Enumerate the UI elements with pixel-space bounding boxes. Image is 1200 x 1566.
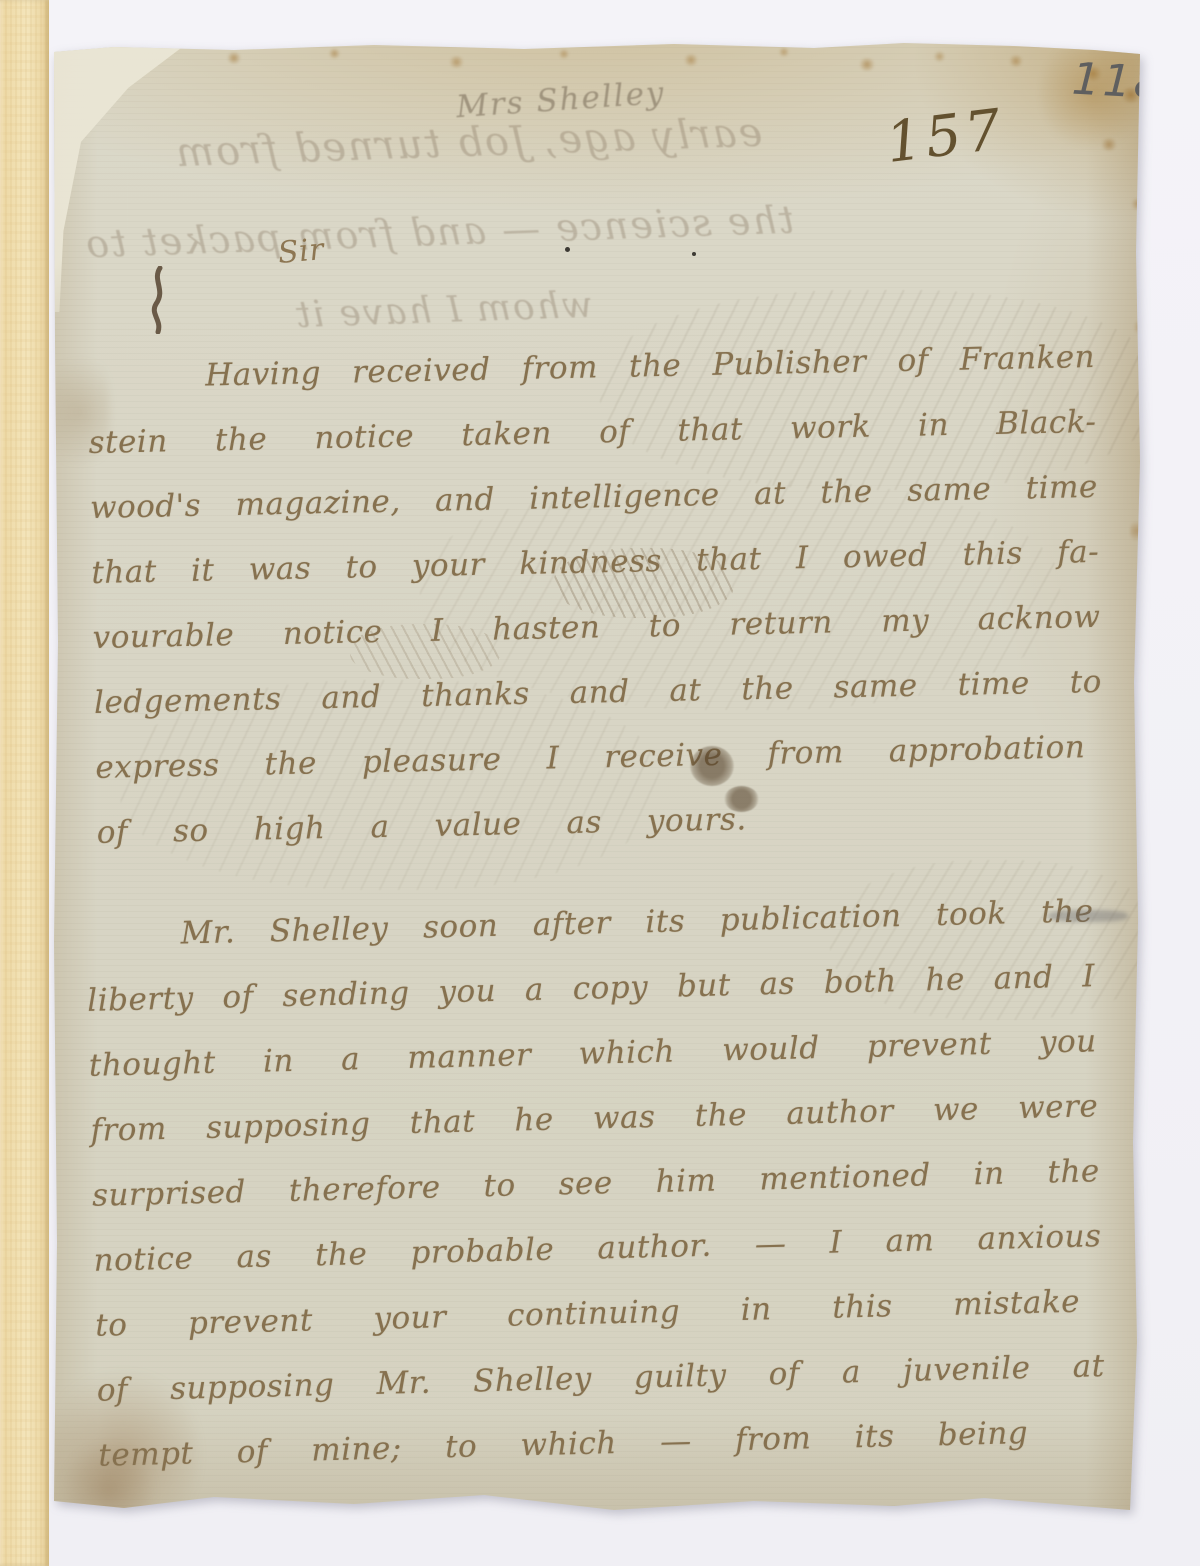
ink-dot xyxy=(565,247,570,252)
foxing-spot xyxy=(226,52,242,64)
foxing-spot xyxy=(1008,55,1024,67)
foxing-spot xyxy=(558,49,570,59)
foxing-spot xyxy=(1130,198,1146,210)
graphite-smudge xyxy=(1048,910,1128,922)
foxing-spot xyxy=(448,56,465,68)
letter-paragraph-2: Mr. Shelley soon after its publication t… xyxy=(85,881,1147,1491)
letter-line: of so high a value as yours. xyxy=(96,790,747,869)
showthrough-text: the science — and from packet to xyxy=(83,198,794,267)
letter-paragraph-1: Having received from the Publisher of Fr… xyxy=(87,327,1146,869)
ink-dot xyxy=(692,252,696,256)
ink-blot-small xyxy=(724,786,759,812)
folio-number-pencil: 118 xyxy=(1071,54,1167,110)
foxing-spot xyxy=(683,54,699,66)
foxing-spot xyxy=(778,47,790,57)
margin-ink-mark xyxy=(148,266,170,334)
manuscript-scan: early age, Job turned from the science —… xyxy=(0,0,1200,1566)
page-number-ink: 157 xyxy=(882,97,1008,176)
ink-blot-large xyxy=(690,746,734,786)
letter-page-wrap: early age, Job turned from the science —… xyxy=(54,42,1140,1512)
letter-page: early age, Job turned from the science —… xyxy=(54,42,1140,1512)
foxing-spot xyxy=(328,48,341,59)
archival-tape-strip xyxy=(0,0,49,1566)
showthrough-text: whom I have it xyxy=(293,285,593,336)
foxing-spot xyxy=(1134,318,1148,336)
foxing-spot xyxy=(933,51,946,62)
foxing-spot xyxy=(858,58,876,71)
salutation: Sir xyxy=(277,232,326,271)
